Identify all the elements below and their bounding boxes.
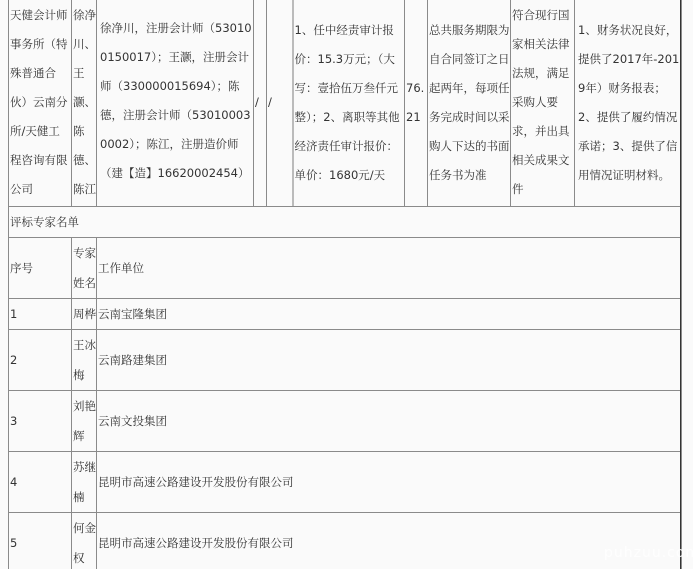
header-unit: 工作单位 — [97, 238, 682, 299]
expert-list-title: 评标专家名单 — [9, 207, 682, 238]
winning-bid-table: 天健会计师事务所（特殊普通合伙）云南分所/天健工程咨询有限公司 徐净川、王灏、陈… — [8, 0, 682, 207]
row-name: 刘艳辉 — [72, 391, 97, 452]
row-unit: 昆明市高速公路建设开发股份有限公司 — [97, 452, 682, 513]
row-seq: 1 — [9, 299, 72, 330]
table-row: 5 何金权 昆明市高速公路建设开发股份有限公司 — [9, 513, 682, 569]
expert-list-table: 评标专家名单 序号 专家姓名 工作单位 1 周桦 云南宝隆集团 2 王冰梅 云南… — [8, 206, 682, 569]
service-period: 总共服务期限为自合同签订之日起两年，每项任务完成时间以采购人下达的书面任务书为准 — [428, 0, 511, 206]
personnel-names: 徐净川、王灏、陈德、陈江 — [72, 0, 97, 206]
row-seq: 3 — [9, 391, 72, 452]
header-seq: 序号 — [9, 238, 72, 299]
row-unit: 云南路建集团 — [97, 330, 682, 391]
quality-standard: 符合现行国家相关法律法规，满足采购人要求，并出具相关成果文件 — [511, 0, 575, 206]
row-unit: 云南文投集团 — [97, 391, 682, 452]
watermark: puhzuu.com — [604, 545, 693, 561]
row-name: 何金权 — [72, 513, 97, 569]
row-seq: 2 — [9, 330, 72, 391]
bid-notes: 1、财务状况良好，提供了2017年-2019年）财务报表；2、提供了履约情况承诺… — [575, 0, 682, 206]
table-row: 4 苏继楠 昆明市高速公路建设开发股份有限公司 — [9, 452, 682, 513]
row-seq: 4 — [9, 452, 72, 513]
page-right-border — [680, 0, 681, 569]
row-name: 苏继楠 — [72, 452, 97, 513]
table-row: 2 王冰梅 云南路建集团 — [9, 330, 682, 391]
personnel-details: 徐净川，注册会计师（530100150017）；王灏，注册会计师（3300000… — [97, 0, 254, 206]
row-name: 周桦 — [72, 299, 97, 330]
score: 76.21 — [405, 0, 428, 206]
quote: 1、任中经责审计报价：15.3万元；（大写：壹拾伍万叁仟元整）；2、离职等其他经… — [293, 0, 405, 206]
row-seq: 5 — [9, 513, 72, 569]
table-row: 3 刘艳辉 云南文投集团 — [9, 391, 682, 452]
row-unit: 云南宝隆集团 — [97, 299, 682, 330]
header-name: 专家姓名 — [72, 238, 97, 299]
slash-cell-2: / — [267, 0, 293, 206]
row-unit: 昆明市高速公路建设开发股份有限公司 — [97, 513, 682, 569]
row-name: 王冰梅 — [72, 330, 97, 391]
supplier-name: 天健会计师事务所（特殊普通合伙）云南分所/天健工程咨询有限公司 — [9, 0, 72, 206]
slash-cell-1: / — [254, 0, 267, 206]
table-row: 1 周桦 云南宝隆集团 — [9, 299, 682, 330]
